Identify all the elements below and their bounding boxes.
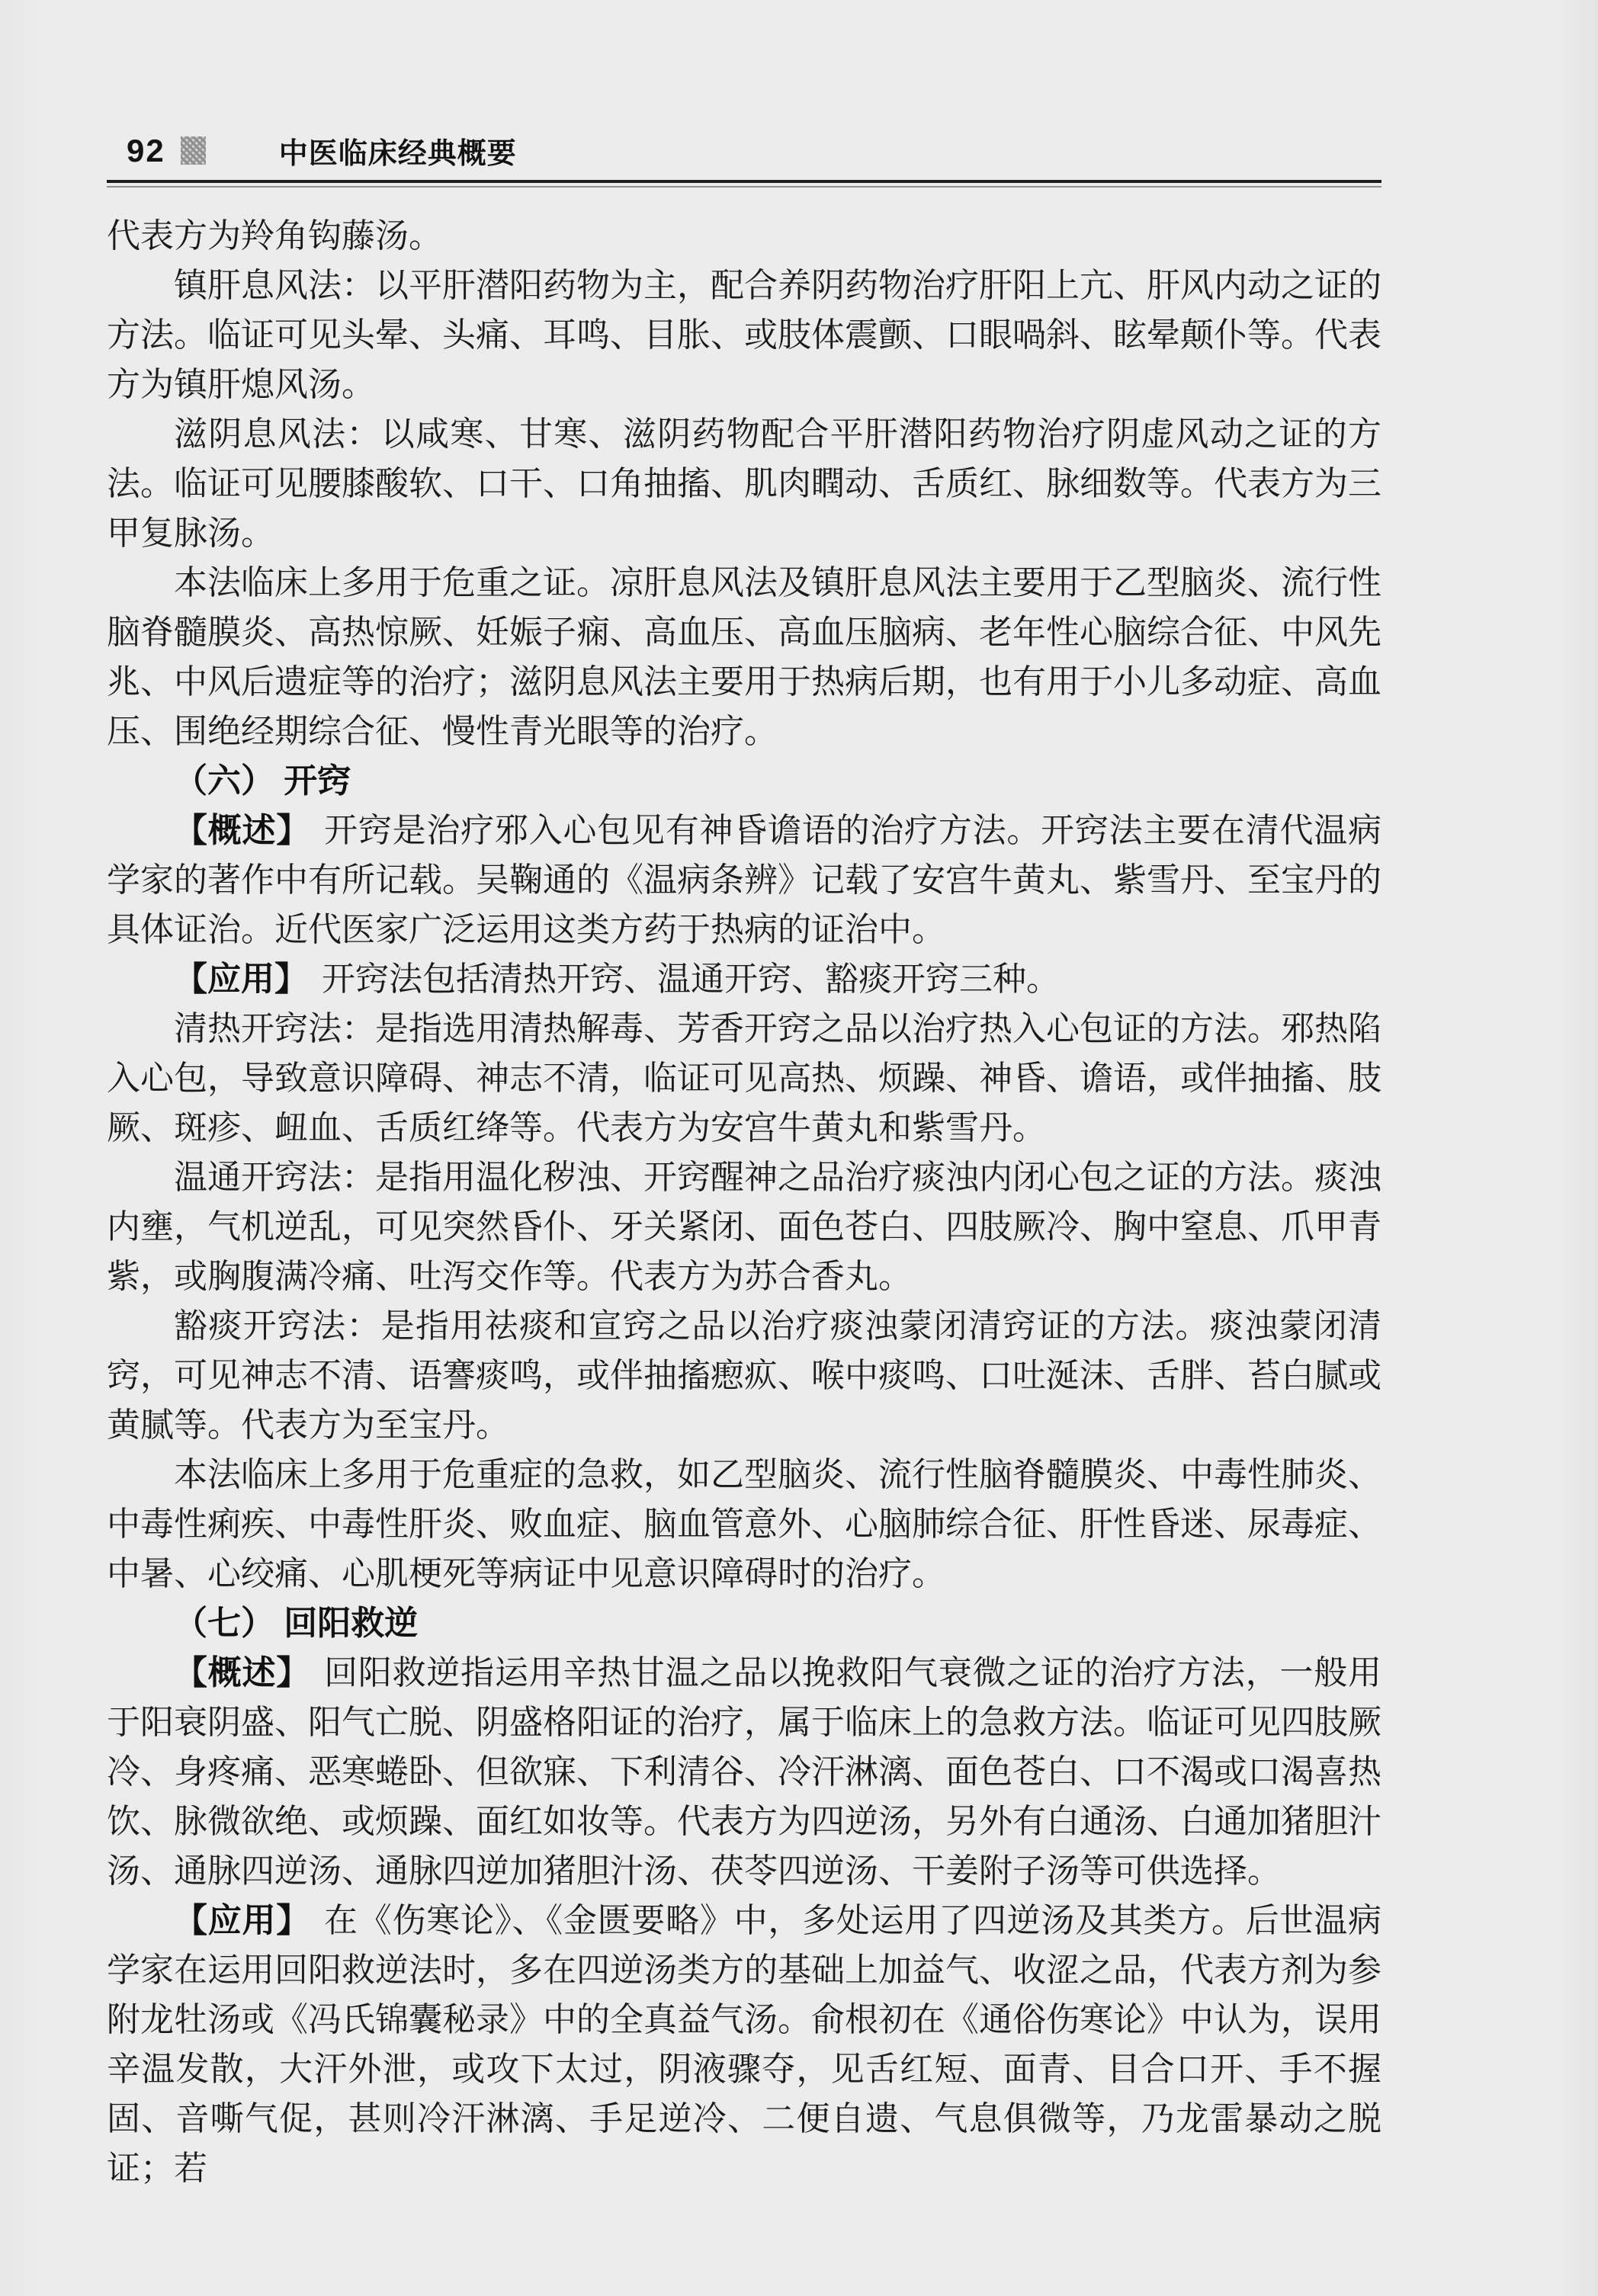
page-header: 92 中医临床经典概要 — [107, 130, 1381, 172]
section-heading-6-kaiqiao: （六） 开窍 — [107, 756, 1381, 806]
paragraph: 代表方为羚角钩藤汤。 — [107, 211, 1381, 261]
paragraph-overview: 【概述】开窍是治疗邪入心包见有神昏谵语的治疗方法。开窍法主要在清代温病学家的著作… — [107, 806, 1381, 954]
section-heading-7-huiyang-jiuni: （七） 回阳救逆 — [107, 1599, 1381, 1648]
page-number: 92 — [127, 133, 165, 169]
paragraph: 清热开窍法：是指选用清热解毒、芳香开窍之品以治疗热入心包证的方法。邪热陷入心包，… — [107, 1004, 1381, 1153]
paragraph-application: 【应用】在《伤寒论》、《金匮要略》中，多处运用了四逆汤及其类方。后世温病学家在运… — [107, 1896, 1381, 2193]
overview-bracket-label: 【概述】 — [174, 1654, 310, 1692]
header-divider-rule — [107, 180, 1381, 188]
paragraph: 镇肝息风法：以平肝潜阳药物为主，配合养阴药物治疗肝阳上亢、肝风内动之证的方法。临… — [107, 261, 1381, 409]
paragraph: 豁痰开窍法：是指用祛痰和宣窍之品以治疗痰浊蒙闭清窍证的方法。痰浊蒙闭清窍，可见神… — [107, 1301, 1381, 1450]
page-body-text: 代表方为羚角钩藤汤。 镇肝息风法：以平肝潜阳药物为主，配合养阴药物治疗肝阳上亢、… — [107, 211, 1381, 2193]
paragraph: 本法临床上多用于危重症的急救，如乙型脑炎、流行性脑脊髓膜炎、中毒性肺炎、中毒性痢… — [107, 1450, 1381, 1599]
paragraph: 滋阴息风法：以咸寒、甘寒、滋阴药物配合平肝潜阳药物治疗阴虚风动之证的方法。临证可… — [107, 409, 1381, 558]
paragraph-overview: 【概述】回阳救逆指运用辛热甘温之品以挽救阳气衰微之证的治疗方法，一般用于阳衰阴盛… — [107, 1648, 1381, 1896]
application-bracket-label: 【应用】 — [174, 1902, 310, 1939]
application-bracket-label: 【应用】 — [174, 960, 308, 998]
halftone-square-icon — [181, 136, 206, 165]
paragraph-application: 【应用】开窍法包括清热开窍、温通开窍、豁痰开窍三种。 — [107, 954, 1381, 1004]
running-head-book-title: 中医临床经典概要 — [279, 130, 517, 172]
paragraph: 温通开窍法：是指用温化秽浊、开窍醒神之品治疗痰浊内闭心包之证的方法。痰浊内壅，气… — [107, 1153, 1381, 1301]
paragraph-text: 在《伤寒论》、《金匮要略》中，多处运用了四逆汤及其类方。后世温病学家在运用回阳救… — [107, 1902, 1381, 2187]
scanned-book-page: 92 中医临床经典概要 代表方为羚角钩藤汤。 镇肝息风法：以平肝潜阳药物为主，配… — [0, 0, 1598, 2296]
overview-bracket-label: 【概述】 — [174, 812, 310, 849]
paragraph-text: 开窍法包括清热开窍、温通开窍、豁痰开窍三种。 — [322, 960, 1060, 998]
paragraph: 本法临床上多用于危重之证。凉肝息风法及镇肝息风法主要用于乙型脑炎、流行性脑脊髓膜… — [107, 558, 1381, 756]
